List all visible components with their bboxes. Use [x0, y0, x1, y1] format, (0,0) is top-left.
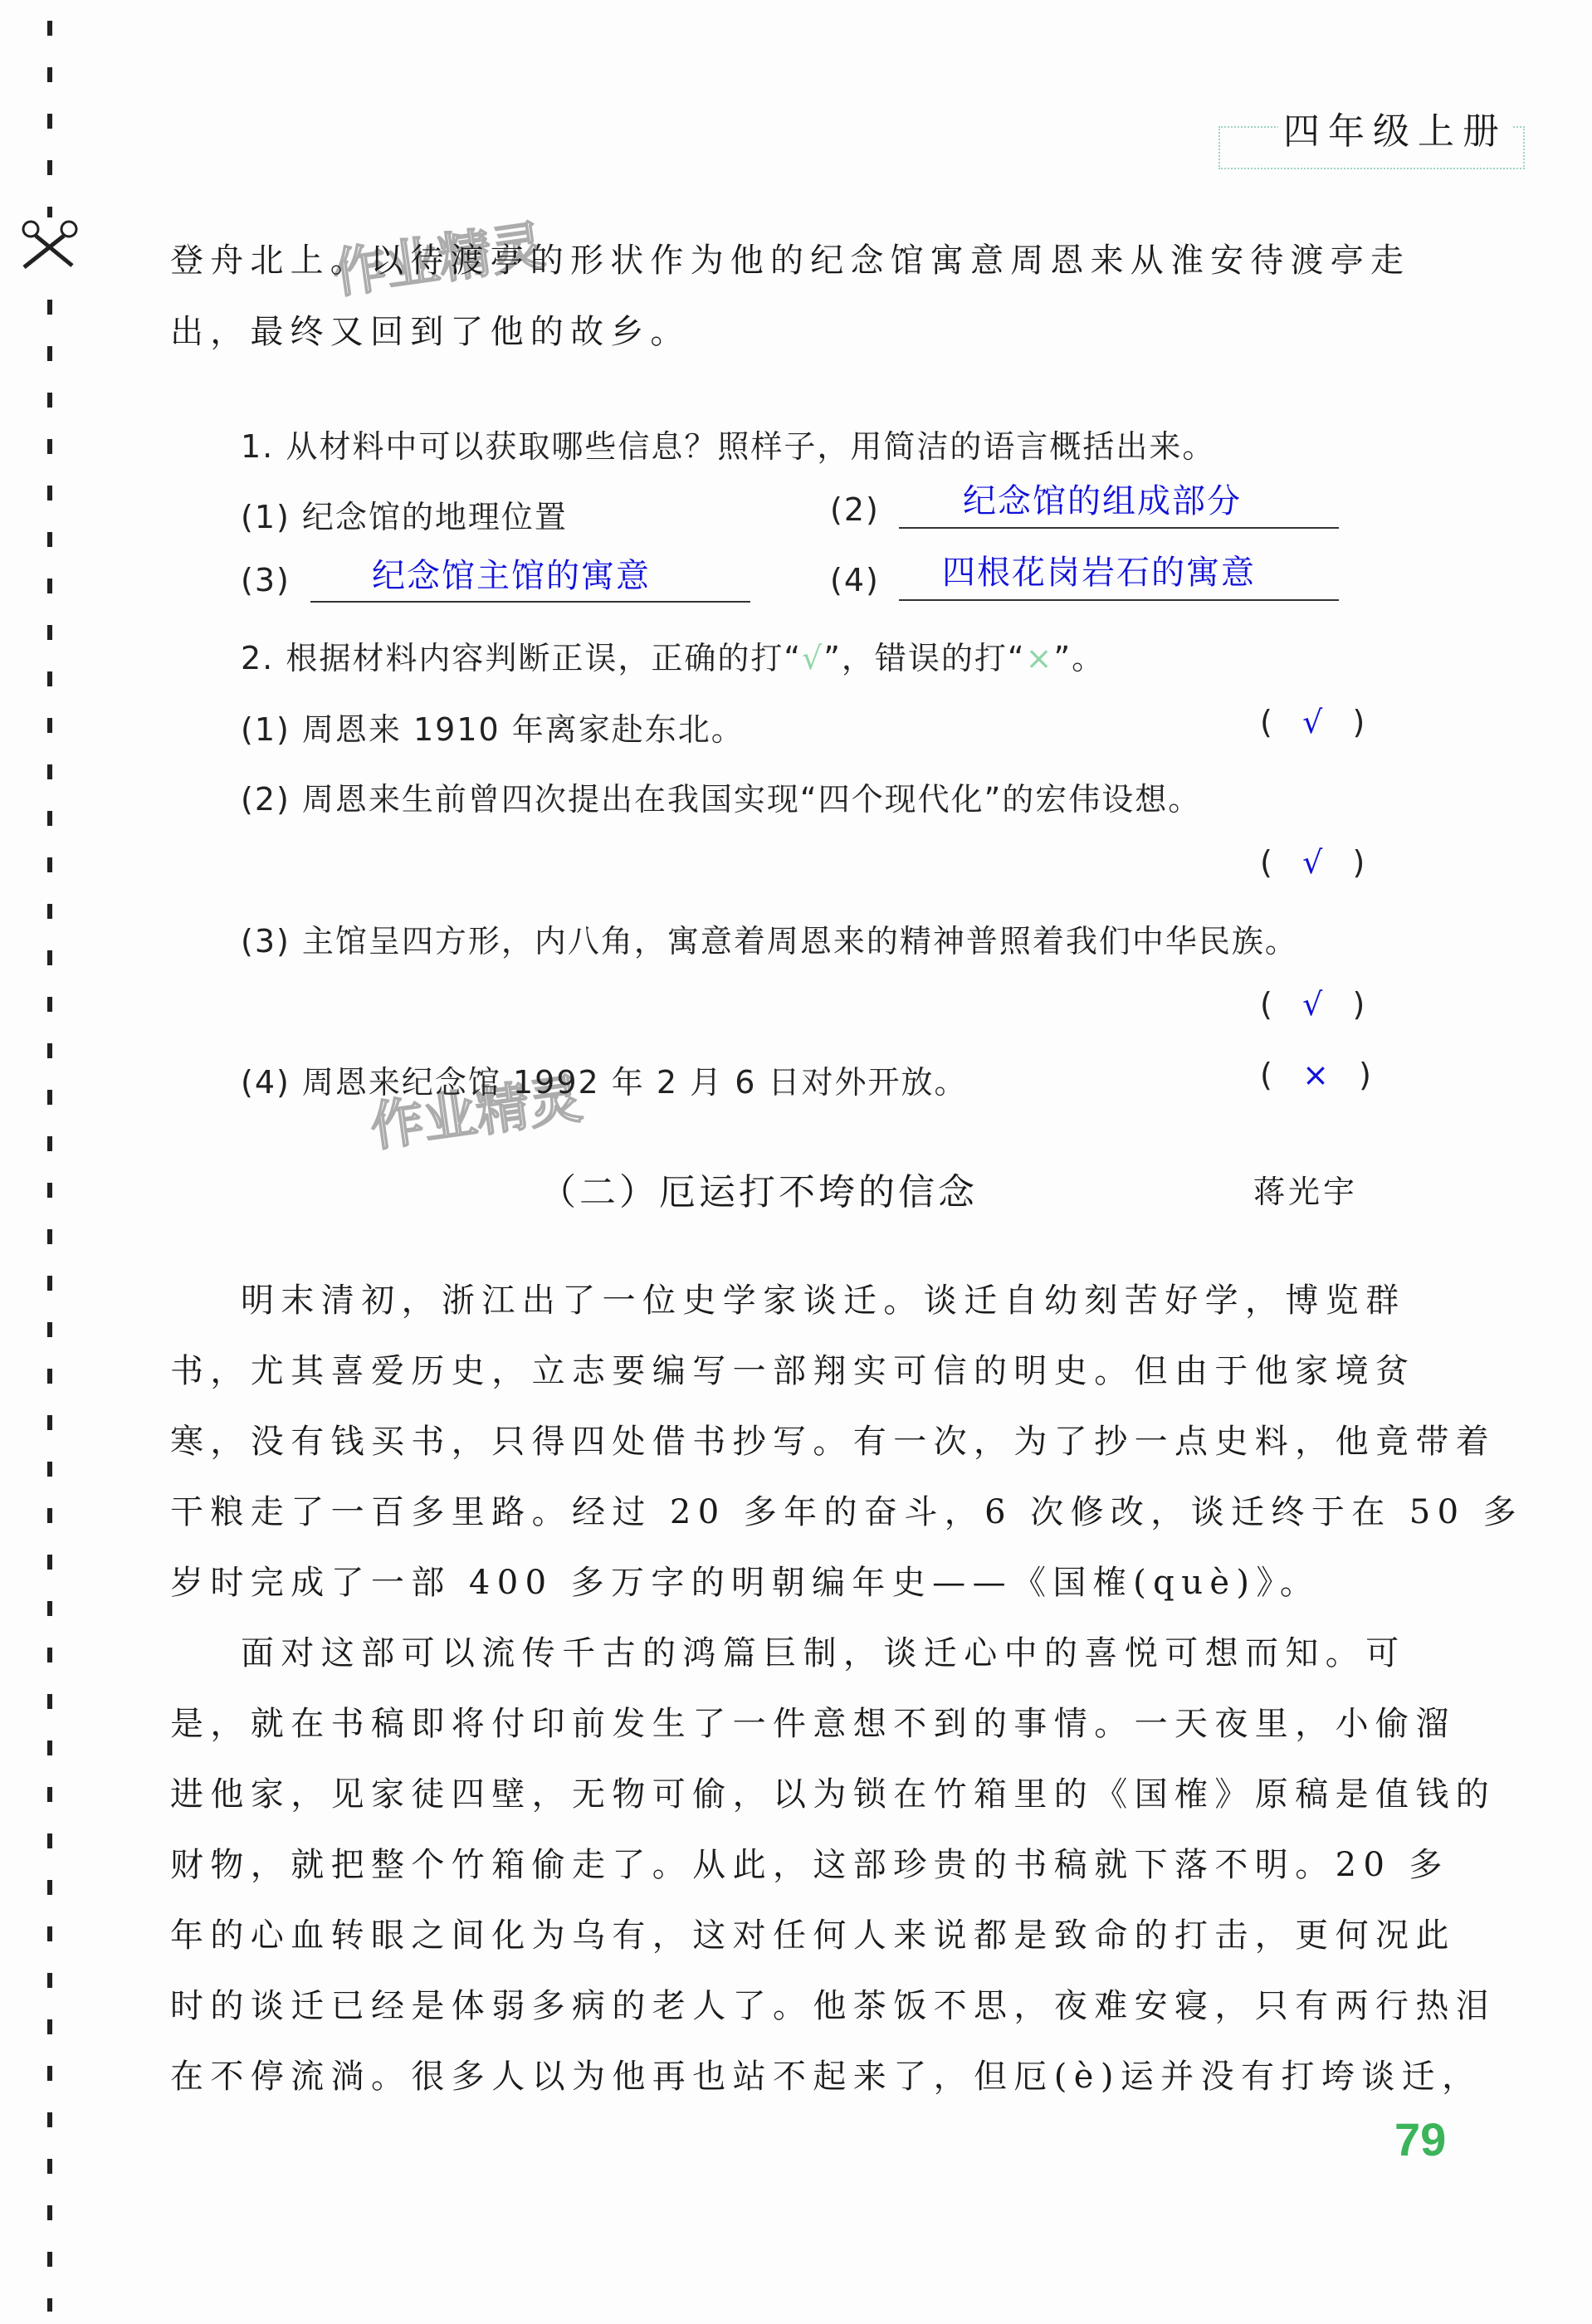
cut-line [47, 21, 52, 2312]
paren-open: ( [1260, 704, 1272, 740]
answer-paren[interactable]: ( √ ) [1260, 844, 1365, 881]
passage-line: 出，最终又回到了他的故乡。 [170, 305, 691, 353]
paren-open: ( [1260, 986, 1272, 1023]
q1-item-3-answer[interactable]: 纪念馆主馆的寓意 [372, 549, 651, 597]
item-text: 周恩来生前曾四次提出在我国实现“四个现代化”的宏伟设想。 [302, 781, 1201, 818]
prompt-text: ”。 [1053, 640, 1105, 676]
item-text: 主馆呈四方形，内八角，寓意着周恩来的精神普照着我们中华民族。 [302, 923, 1298, 959]
answer-paren[interactable]: ( √ ) [1260, 704, 1365, 740]
cross-icon: × [1026, 640, 1054, 676]
paren-close: ) [1353, 704, 1365, 740]
check-icon: √ [802, 640, 823, 676]
prompt-text: ”，错误的打“ [823, 640, 1025, 676]
body-line: 进他家，见家徒四壁，无物可偷，以为锁在竹箱里的《国榷》原稿是值钱的 [170, 1768, 1496, 1815]
q1-item-1: (1) 纪念馆的地理位置 [241, 491, 568, 537]
q2-item-1: (1) 周恩来 1910 年离家赴东北。 [241, 704, 745, 749]
body-line: 明末清初，浙江出了一位史学家谈迁。谈迁自幼刻苦好学，博览群 [241, 1274, 1406, 1321]
check-mark: √ [1302, 986, 1322, 1023]
check-mark: √ [1302, 704, 1322, 740]
answer-paren[interactable]: ( × ) [1260, 1057, 1371, 1093]
item-number: (1) [241, 711, 291, 748]
body-line: 年的心血转眼之间化为乌有，这对任何人来说都是致命的打击，更何况此 [170, 1909, 1456, 1956]
q1-item-2-answer[interactable]: 纪念馆的组成部分 [963, 475, 1242, 522]
q1-item-4-answer[interactable]: 四根花岗岩石的寓意 [942, 546, 1256, 593]
answer-underline [899, 599, 1339, 601]
answer-paren[interactable]: ( √ ) [1260, 986, 1365, 1023]
body-line: 面对这部可以流传千古的鸿篇巨制，谈迁心中的喜悦可想而知。可 [241, 1627, 1406, 1674]
q2-item-3: (3) 主馆呈四方形，内八角，寓意着周恩来的精神普照着我们中华民族。 [241, 915, 1298, 961]
body-line: 在不停流淌。很多人以为他再也站不起来了，但厄(è)运并没有打垮谈迁， [170, 2050, 1482, 2097]
item-number: (4) [241, 1064, 291, 1101]
prompt-text: 2. 根据材料内容判断正误，正确的打“ [241, 640, 802, 676]
body-line: 是，就在书稿即将付印前发生了一件意想不到的事情。一天夜里，小偷溜 [170, 1697, 1456, 1745]
answer-underline [310, 601, 750, 603]
body-line: 寒，没有钱买书，只得四处借书抄写。有一次，为了抄一点史料，他竟带着 [170, 1415, 1496, 1462]
scissors-icon [21, 217, 79, 271]
item-number: (3) [241, 923, 291, 959]
check-mark: √ [1302, 844, 1322, 881]
paren-close: ) [1359, 1057, 1371, 1093]
passage-line: 登舟北上。以待渡亭的形状作为他的纪念馆寓意周恩来从淮安待渡亭走 [170, 234, 1410, 281]
paren-close: ) [1353, 986, 1365, 1023]
q1-item-2-number: (2) [830, 491, 880, 528]
item-number: (2) [241, 781, 291, 818]
item-number: (1) [241, 499, 291, 535]
question-2-prompt: 2. 根据材料内容判断正误，正确的打“√”，错误的打“×”。 [241, 632, 1105, 678]
author: 蒋光宇 [1253, 1166, 1358, 1212]
item-text: 周恩来纪念馆 1992 年 2 月 6 日对外开放。 [302, 1064, 968, 1101]
q1-item-3-number: (3) [241, 562, 291, 598]
cross-mark: × [1302, 1057, 1329, 1093]
q2-item-2: (2) 周恩来生前曾四次提出在我国实现“四个现代化”的宏伟设想。 [241, 774, 1201, 819]
item-text: 周恩来 1910 年离家赴东北。 [302, 711, 745, 748]
question-1-prompt: 1. 从材料中可以获取哪些信息？照样子，用简洁的语言概括出来。 [241, 421, 1215, 466]
body-line: 财物，就把整个竹箱偷走了。从此，这部珍贵的书稿就下落不明。20 多 [170, 1838, 1449, 1886]
body-line: 干粮走了一百多里路。经过 20 多年的奋斗，6 次修改，谈迁终于在 50 多 [170, 1486, 1523, 1533]
example-text: 纪念馆的地理位置 [302, 499, 568, 535]
page-number: 79 [1394, 2112, 1446, 2166]
paren-close: ) [1353, 844, 1365, 881]
q2-item-4: (4) 周恩来纪念馆 1992 年 2 月 6 日对外开放。 [241, 1057, 967, 1102]
section-title: （二）厄运打不垮的信念 [540, 1162, 978, 1215]
body-line: 岁时完成了一部 400 多万字的明朝编年史——《国榷(què)》。 [170, 1556, 1320, 1604]
q1-item-4-number: (4) [830, 562, 880, 598]
grade-label: 四年级上册 [1278, 101, 1512, 154]
paren-open: ( [1260, 844, 1272, 881]
paren-open: ( [1260, 1057, 1272, 1093]
body-line: 书，尤其喜爱历史，立志要编写一部翔实可信的明史。但由于他家境贫 [170, 1345, 1415, 1392]
body-line: 时的谈迁已经是体弱多病的老人了。他茶饭不思，夜难安寝，只有两行热泪 [170, 1980, 1496, 2027]
answer-underline [899, 527, 1339, 529]
